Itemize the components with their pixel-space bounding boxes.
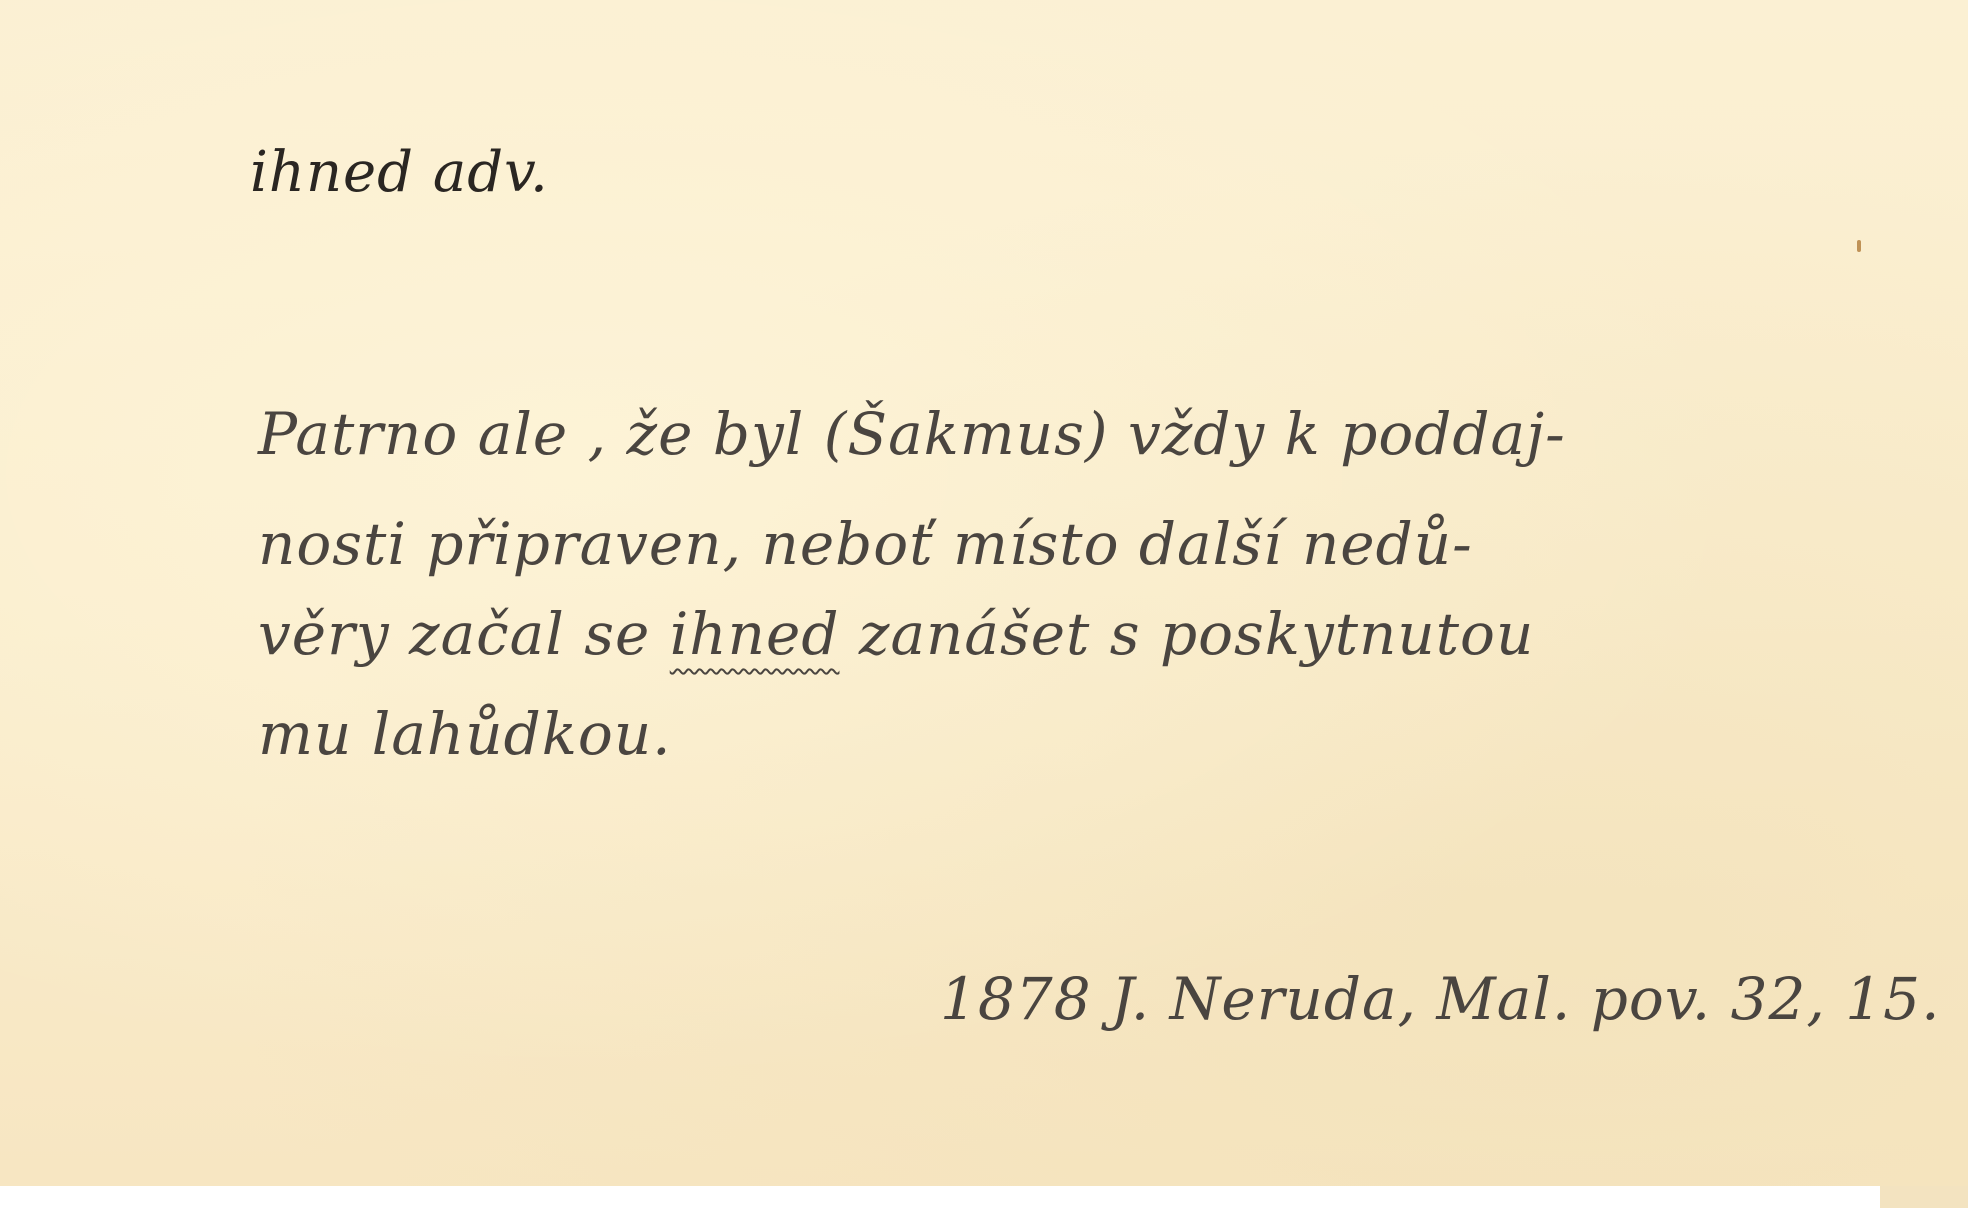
body-line-3-post: zanášet s poskytnutou [839, 600, 1534, 668]
body-line-3-pre: věry začal se [258, 600, 670, 668]
citation: 1878 J. Neruda, Mal. pov. 32, 15. [940, 965, 1941, 1033]
body-line-2-text: nosti připraven, neboť místo další nedů- [258, 510, 1473, 578]
paper-speck [1857, 240, 1861, 252]
underlined-headword: ihned [670, 600, 840, 668]
body-line-4: mu lahůdkou. [258, 700, 672, 768]
headword: ihned adv. [250, 140, 549, 205]
index-card: ihned adv. Patrno ale , že byl (Šakmus) … [0, 0, 1968, 1186]
body-line-1-text: Patrno ale , že byl (Šakmus) vždy k podd… [258, 400, 1566, 468]
body-line-1: Patrno ale , že byl (Šakmus) vždy k podd… [258, 400, 1566, 468]
body-line-2: nosti připraven, neboť místo další nedů- [258, 510, 1473, 578]
body-line-3: věry začal se ihned zanášet s poskytnuto… [258, 600, 1534, 668]
body-line-4-text: mu lahůdkou. [258, 700, 672, 768]
scan-edge [1880, 1186, 1968, 1208]
